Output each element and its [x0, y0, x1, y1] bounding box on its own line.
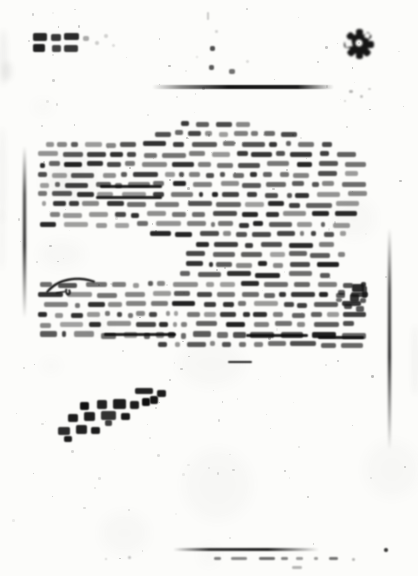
ink-blob: [182, 341, 183, 342]
ink-blob: [234, 142, 236, 144]
ink-blob: [352, 191, 353, 192]
ink-blob: [298, 446, 300, 448]
ink-blob: [28, 40, 30, 42]
ink-blob: [175, 513, 178, 516]
ink-blob: [325, 46, 328, 49]
ink-blob: [45, 421, 46, 422]
ink-blob: [211, 152, 212, 153]
ink-blob: [298, 17, 299, 18]
ink-blob: [159, 402, 160, 403]
ink-blob: [325, 364, 327, 366]
ink-blob: [23, 367, 25, 369]
ink-blob: [182, 473, 185, 476]
ink-blob: [63, 258, 64, 259]
ink-blob: [52, 54, 54, 56]
ink-blob: [272, 188, 274, 190]
ink-blob: [36, 261, 38, 263]
ink-blob: [174, 362, 176, 364]
ink-blob: [107, 146, 109, 148]
ink-blob: [313, 543, 314, 544]
ink-blob: [300, 137, 302, 139]
ink-blob: [122, 350, 123, 351]
ink-blob: [292, 134, 294, 136]
ink-blob: [18, 218, 21, 221]
ink-blob: [306, 158, 307, 159]
ink-blob: [126, 57, 127, 58]
ink-blob: [238, 86, 239, 87]
ink-blob: [268, 337, 270, 339]
ink-blob: [119, 558, 120, 559]
ink-blob: [115, 217, 118, 220]
ink-blob: [74, 124, 75, 125]
ink-blob: [224, 267, 226, 269]
ink-blob: [139, 317, 141, 319]
ink-blob: [317, 61, 320, 64]
ink-blob: [328, 228, 330, 230]
ink-blob: [58, 26, 60, 28]
ink-blob: [43, 161, 45, 163]
ink-blob: [337, 360, 339, 362]
ink-blob: [329, 277, 331, 279]
ink-blob: [398, 51, 400, 53]
ink-blob: [32, 13, 35, 16]
ink-blob: [352, 425, 354, 427]
ink-blob: [128, 509, 130, 511]
ink-blob: [270, 428, 271, 429]
ink-blob: [284, 271, 285, 272]
ink-blob: [52, 79, 55, 82]
ink-blob: [56, 103, 59, 106]
ink-blob: [234, 172, 236, 174]
ink-blob: [34, 364, 35, 365]
ink-blob: [157, 454, 160, 457]
ink-blob: [169, 379, 171, 381]
ink-blob: [369, 109, 370, 110]
ink-blob: [187, 210, 188, 211]
ink-blob: [78, 25, 81, 28]
ink-blob: [159, 84, 160, 85]
ink-blob: [263, 134, 265, 136]
ink-blob: [194, 112, 195, 113]
ink-blob: [187, 464, 190, 467]
ink-blob: [152, 223, 154, 225]
ink-blob: [166, 284, 168, 286]
ink-blob: [94, 487, 96, 489]
ink-blob: [404, 466, 405, 467]
ink-blob: [149, 437, 151, 439]
ink-blob: [142, 550, 143, 551]
ink-blob: [276, 328, 278, 330]
ink-blob: [120, 406, 122, 408]
ink-blob: [266, 414, 267, 415]
ink-blob: [385, 276, 387, 278]
ink-blob: [358, 42, 360, 44]
ink-blob: [33, 473, 34, 474]
ink-blob: [208, 467, 210, 469]
ink-blob: [216, 269, 218, 271]
ink-blob: [217, 472, 219, 474]
ink-blob: [370, 477, 372, 479]
ink-blob: [195, 93, 196, 94]
ink-blob: [218, 419, 221, 422]
ink-blob: [187, 187, 190, 190]
ink-blob: [176, 96, 178, 98]
ink-blob: [83, 507, 86, 510]
ink-blob: [71, 450, 74, 453]
ink-blob: [182, 176, 183, 177]
ink-blob: [286, 169, 287, 170]
ink-blob: [98, 284, 100, 286]
ink-blob: [186, 137, 188, 139]
ink-blob: [352, 67, 353, 68]
ink-blob: [52, 12, 54, 14]
ink-blob: [232, 469, 235, 472]
ink-blob: [147, 424, 148, 425]
ink-blob: [246, 8, 248, 10]
ink-blob: [293, 402, 294, 403]
ink-blob: [229, 537, 231, 539]
ink-blob: [110, 283, 112, 285]
ink-blob: [69, 230, 70, 231]
ink-blob: [183, 292, 185, 294]
ink-blob: [49, 211, 50, 212]
ink-blob: [237, 398, 239, 400]
ink-blob: [225, 140, 227, 142]
ink-blob: [346, 126, 348, 128]
ink-blob: [262, 290, 263, 291]
ink-blob: [202, 87, 204, 89]
ink-blob: [57, 261, 59, 263]
ink-blob: [155, 230, 157, 232]
ink-blob: [284, 470, 286, 472]
ink-blob: [242, 142, 243, 143]
ink-blob: [98, 477, 101, 480]
ink-blob: [180, 368, 182, 370]
ink-blob: [188, 356, 189, 357]
ink-blob: [16, 413, 17, 414]
ink-blob: [147, 114, 149, 116]
ink-blob: [129, 167, 131, 169]
ink-blob: [12, 519, 15, 522]
ink-blob: [337, 43, 338, 44]
ink-blob: [229, 454, 230, 455]
ink-blob: [169, 179, 171, 181]
ink-blob: [327, 152, 329, 154]
ink-blob: [41, 125, 42, 126]
ink-blob: [188, 200, 190, 202]
ink-blob: [153, 158, 154, 159]
ink-blob: [340, 99, 342, 101]
ink-blob: [365, 233, 367, 235]
ink-blob: [20, 241, 21, 242]
ink-blob: [185, 70, 187, 72]
ink-blob: [213, 390, 214, 391]
ink-blob: [114, 449, 115, 450]
ink-blob: [274, 79, 275, 80]
ink-blob: [52, 496, 53, 497]
ink-blob: [46, 100, 49, 103]
ink-blob: [168, 65, 170, 67]
ink-blob: [208, 134, 211, 137]
ink-blob: [403, 106, 404, 107]
ink-blob: [65, 209, 66, 210]
ink-blob: [334, 221, 337, 224]
ink-blob: [230, 306, 232, 308]
ink-blob: [155, 407, 157, 409]
noise-layer: [0, 0, 418, 576]
ink-blob: [301, 312, 302, 313]
ink-blob: [280, 376, 281, 377]
ink-blob: [399, 180, 401, 182]
ink-blob: [41, 423, 44, 426]
document-page: [0, 0, 418, 576]
ink-blob: [371, 375, 373, 377]
ink-blob: [326, 85, 329, 88]
ink-blob: [307, 496, 309, 498]
ink-blob: [289, 477, 291, 479]
ink-blob: [159, 38, 160, 39]
ink-blob: [354, 82, 355, 83]
ink-blob: [222, 401, 223, 402]
ink-blob: [258, 379, 260, 381]
ink-blob: [74, 9, 76, 11]
ink-blob: [49, 245, 51, 247]
